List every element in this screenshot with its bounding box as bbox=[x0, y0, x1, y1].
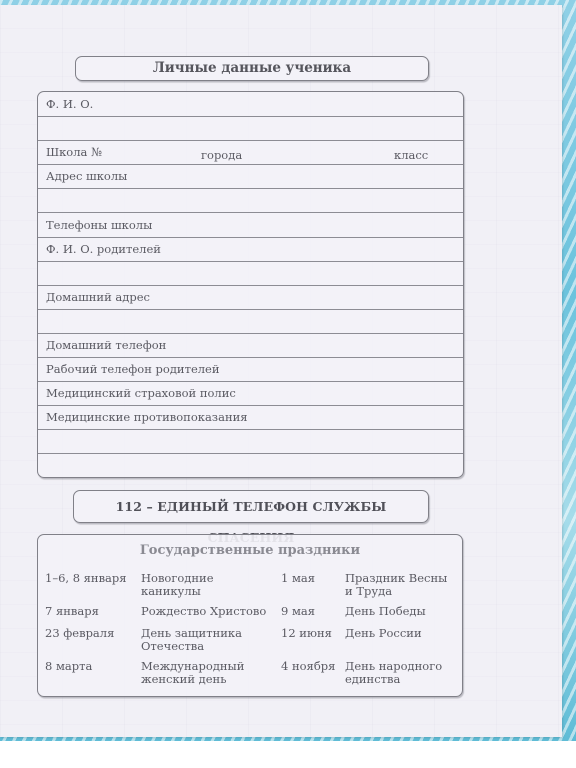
form-row[interactable] bbox=[38, 188, 463, 213]
form-row[interactable] bbox=[38, 261, 463, 286]
form-row[interactable]: Домашний телефон bbox=[38, 333, 463, 358]
form-row[interactable]: Ф. И. О. родителей bbox=[38, 237, 463, 262]
holidays-box: Государственные праздники 1–6, 8 январяН… bbox=[37, 534, 463, 697]
holiday-cell: 1 мая bbox=[281, 572, 315, 585]
form-row[interactable] bbox=[38, 309, 463, 334]
holiday-cell: Новогодние каникулы bbox=[141, 572, 214, 598]
form-row[interactable]: Медицинский страховой полис bbox=[38, 381, 463, 406]
holiday-cell: 4 ноября bbox=[281, 660, 335, 673]
form-field-label: Ф. И. О. родителей bbox=[46, 242, 161, 256]
holiday-cell: День защитника Отечества bbox=[141, 627, 242, 653]
form-field-label: Телефоны школы bbox=[46, 218, 152, 232]
form-field-label: Школа № bbox=[46, 145, 102, 159]
holiday-cell: Праздник Весны и Труда bbox=[345, 572, 447, 598]
holiday-cell: День России bbox=[345, 627, 422, 640]
page: Личные данные ученика Ф. И. О.Школа №гор… bbox=[0, 5, 562, 737]
form-field-label: класс bbox=[394, 148, 428, 162]
holiday-cell: 9 мая bbox=[281, 605, 315, 618]
holiday-cell: 12 июня bbox=[281, 627, 332, 640]
holiday-cell: 8 марта bbox=[45, 660, 92, 673]
form-row[interactable]: Адрес школы bbox=[38, 164, 463, 189]
personal-data-form: Ф. И. О.Школа №городаклассАдрес школыТел… bbox=[37, 91, 464, 478]
holidays-title: Государственные праздники bbox=[38, 543, 462, 558]
holiday-cell: День народного единства bbox=[345, 660, 442, 686]
form-field-label: Медицинские противопоказания bbox=[46, 410, 248, 424]
holiday-cell: Рождество Христово bbox=[141, 605, 266, 618]
form-field-label: города bbox=[201, 148, 242, 162]
emergency-banner: 112 – ЕДИНЫЙ ТЕЛЕФОН СЛУЖБЫ СПАСЕНИЯ bbox=[73, 490, 429, 523]
form-field-label: Медицинский страховой полис bbox=[46, 386, 236, 400]
page-title-box: Личные данные ученика bbox=[75, 56, 429, 81]
form-field-label: Рабочий телефон родителей bbox=[46, 362, 220, 376]
form-field-label: Домашний адрес bbox=[46, 290, 150, 304]
form-field-label: Адрес школы bbox=[46, 169, 127, 183]
form-row[interactable] bbox=[38, 429, 463, 454]
form-row[interactable]: Рабочий телефон родителей bbox=[38, 357, 463, 382]
form-row[interactable]: Медицинские противопоказания bbox=[38, 405, 463, 430]
form-row[interactable] bbox=[38, 116, 463, 141]
form-field-label: Домашний телефон bbox=[46, 338, 166, 352]
form-row[interactable]: Домашний адрес bbox=[38, 285, 463, 310]
form-row[interactable]: Школа №городакласс bbox=[38, 140, 463, 165]
form-row[interactable] bbox=[38, 454, 463, 478]
page-title: Личные данные ученика bbox=[76, 57, 428, 80]
holiday-cell: 23 февраля bbox=[45, 627, 114, 640]
form-row[interactable]: Телефоны школы bbox=[38, 213, 463, 238]
holiday-cell: 1–6, 8 января bbox=[45, 572, 127, 585]
form-row[interactable]: Ф. И. О. bbox=[38, 92, 463, 117]
holiday-cell: Международный женский день bbox=[141, 660, 244, 686]
holiday-cell: День Победы bbox=[345, 605, 426, 618]
holiday-cell: 7 января bbox=[45, 605, 99, 618]
form-field-label: Ф. И. О. bbox=[46, 97, 93, 111]
